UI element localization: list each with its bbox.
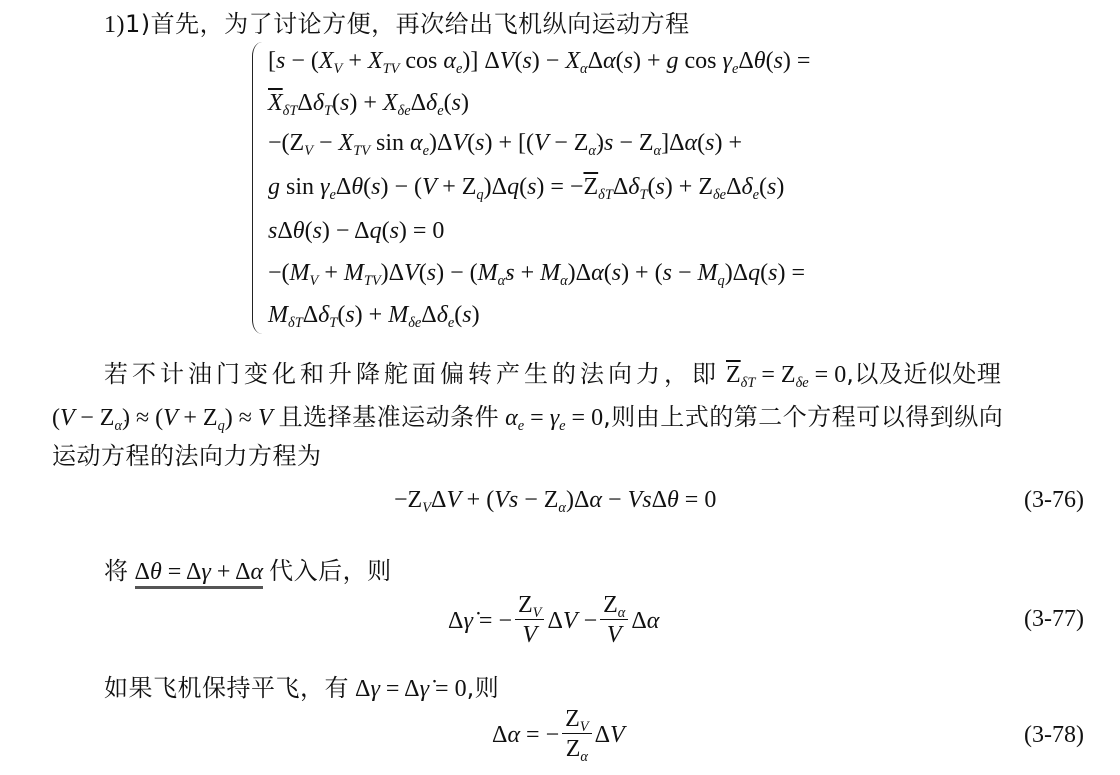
math-inline-approx: (V − Zα̇) ≈ (V + Zq) ≈ V (52, 405, 273, 431)
equation-3-77-expr: Δγ̇ = − ZVV ΔV − ZαV Δα (448, 592, 659, 650)
equation-3-78-expr: Δα = − ZVZα ΔV (492, 706, 625, 764)
paragraph-1-line-3: 运动方程的法向力方程为 (52, 436, 322, 471)
system-line-4: g sin γeΔθ(s) − (V + Zq)Δq(s) = −ZδTΔδT(… (268, 174, 784, 201)
left-brace (252, 42, 267, 334)
system-line-1: [s − (XV + XTV cos αe)] ΔV(s) − XαΔα(s) … (268, 48, 810, 75)
system-line-3: −(ZV − XTV sin αe)ΔV(s) + [(V − Zα̇)s − … (268, 130, 742, 157)
paragraph-1-line-2: (V − Zα̇) ≈ (V + Zq) ≈ V 且选择基准运动条件 αe = … (52, 397, 1003, 432)
equation-3-77-number: (3-77) (1024, 606, 1084, 633)
intro-text: 1)首先，为了讨论方便，再次给出飞机纵向运动方程 (125, 10, 690, 38)
paragraph-level-flight: 如果飞机保持平飞，有 Δγ = Δγ̇ = 0,则 (104, 668, 499, 703)
system-line-6: −(MV + MTV)ΔV(s) − (Mα̇s + Mα)Δα(s) + (s… (268, 260, 805, 287)
equation-3-78-number: (3-78) (1024, 722, 1084, 749)
intro-heading: 1)1)首先，为了讨论方便，再次给出飞机纵向运动方程 (104, 4, 690, 39)
math-inline-conditions: αe = γe = 0 (505, 405, 603, 431)
paragraph-1-line-1: 若不计油门变化和升降舵面偏转产生的法向力，即 ZδT = Zδe = 0,以及近… (104, 354, 1001, 389)
math-inline-gamma-zero: Δγ = Δγ̇ = 0 (355, 676, 467, 702)
equation-3-76-expr: −ZVΔV + (Vs − Zα)Δα − VsΔθ = 0 (394, 487, 716, 514)
system-line-2: XδTΔδT(s) + XδeΔδe(s) (268, 90, 469, 117)
math-inline-theta-underlined: Δθ = Δγ + Δα (135, 559, 264, 589)
equation-3-76-number: (3-76) (1024, 487, 1084, 514)
math-inline-zdeltas: ZδT = Zδe = 0 (726, 362, 846, 388)
system-line-7: MδTΔδT(s) + MδeΔδe(s) (268, 302, 480, 329)
paragraph-substitution: 将 Δθ = Δγ + Δα 代入后，则 (104, 551, 392, 586)
system-line-5: sΔθ(s) − Δq(s) = 0 (268, 218, 444, 245)
